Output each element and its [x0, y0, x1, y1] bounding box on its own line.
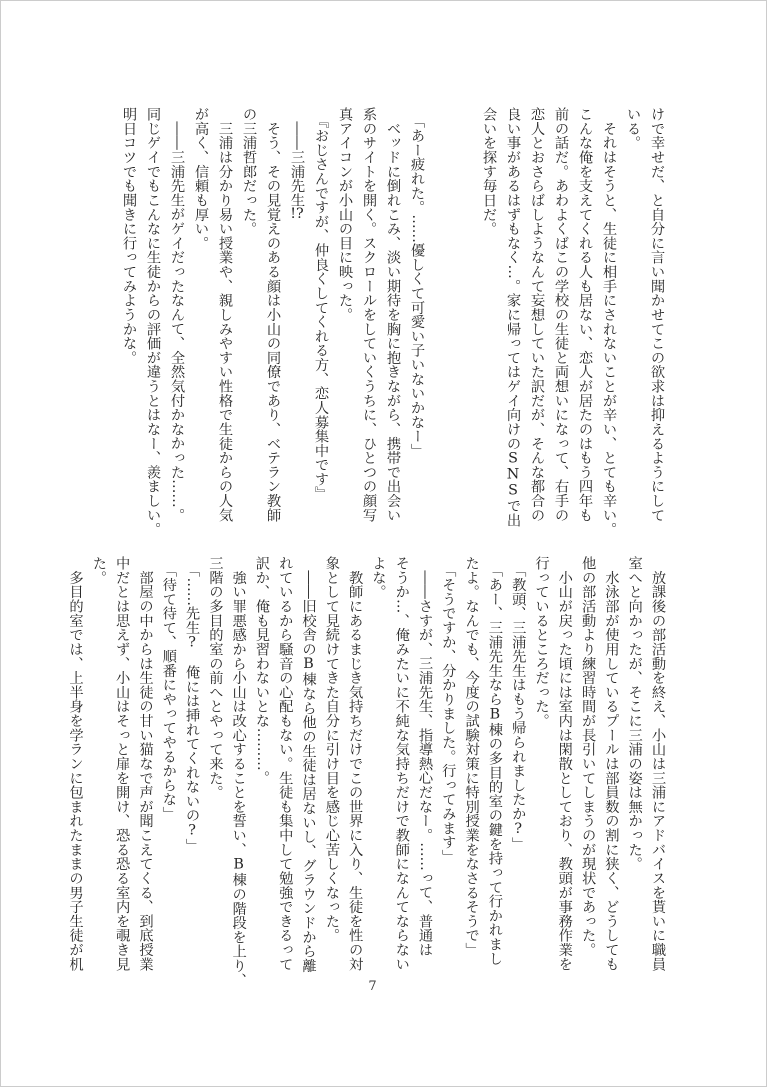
text-line: よな。 [366, 556, 389, 987]
text-line: たよ。なんでも、今度の試験対策に特別授業をなさるそうで」 [459, 556, 482, 987]
text-line: 部屋の中からは生徒の甘い猫なで声が聞こえてくる、到底授業 [133, 556, 156, 987]
text-line: 小山が戻った頃には室内は閑散としており、教頭が事務作業を [553, 556, 576, 987]
text-line: 放課後の部活動を終え、小山は三浦にアドバイスを貰いに職員 [646, 556, 669, 987]
text-line: 室へと向かったが、そこに三浦の姿は無かった。 [622, 556, 645, 987]
text-line: 明日コツでも聞きに行ってみようかな。 [117, 107, 141, 536]
text-block-top: けで幸せだ、と自分に言い聞かせてこの欲求は抑えるようにしている。 それはそうと、… [117, 107, 669, 536]
text-line: そう、その見覚えのある顔は小山の同僚であり、ベテラン教師 [261, 107, 285, 536]
text-line: 三浦は分かり易い授業や、親しみやすい性格で生徒からの人気 [213, 107, 237, 536]
text-block-bottom: 放課後の部活動を終え、小山は三浦にアドバイスを貰いに職員室へと向かったが、そこに… [63, 556, 669, 987]
text-line: そうか…、俺みたいに不純な気持ちだけで教師になんてならない [389, 556, 412, 987]
text-line: ――旧校舎のB棟なら他の生徒は居ないし、グラウンドから離 [296, 556, 319, 987]
text-line: 「……先生? 俺には挿れてくれないの?」 [180, 556, 203, 987]
text-line: 真アイコンが小山の目に映った。 [333, 107, 357, 536]
text-line: 三階の多目的室の前へとやって来た。 [203, 556, 226, 987]
text-line: それはそうと、生徒に相手にされないことが辛い、とても辛い。 [597, 107, 621, 536]
text-line: 象として見続けてきた自分に引け目を感じ心苦しくなった。 [320, 556, 343, 987]
text-line: 他の部活動より練習時間が長引いてしまうのが現状であった。 [576, 556, 599, 987]
text-line: 水泳部が使用しているプールは部員数の割に狭く、どうしても [599, 556, 622, 987]
page-number: 7 [0, 979, 745, 994]
text-line: 同じゲイでもこんなに生徒からの評価が違うとはなー、羨ましい。 [141, 107, 165, 536]
text-line: こんな俺を支えてくれる人も居ない、恋人が居たのはもう四年も [573, 107, 597, 536]
text-line: いる。 [621, 107, 645, 536]
text-line: た。 [87, 556, 110, 987]
text-line: が高く、信頼も厚い。 [189, 107, 213, 536]
text-line: ――さすが、三浦先生、指導熱心だなー。……って、普通は [413, 556, 436, 987]
text-line: 恋人とおさらばしようなんて妄想していた訳だが、そんな都合の [525, 107, 549, 536]
text-line: 「教頭、三浦先生はもう帰られましたか?」 [506, 556, 529, 987]
text-line: 強い罪悪感から小山は改心することを誓い、B棟の階段を上り、 [226, 556, 249, 987]
text-line: 前の話だ。あわよくばこの学校の生徒と両想いになって、右手の [549, 107, 573, 536]
novel-page: けで幸せだ、と自分に言い聞かせてこの欲求は抑えるようにしている。 それはそうと、… [0, 0, 767, 1087]
text-line: 教師にあるまじき気持ちだけでこの世界に入り、生徒を性の対 [343, 556, 366, 987]
text-line: 『おじさんですが、仲良くしてくれる方、恋人募集中です』 [309, 107, 333, 536]
text-line: 「そうですか、分かりました。行ってみます」 [436, 556, 459, 987]
text-line: 行っているところだった。 [529, 556, 552, 987]
text-line: 会いを探す毎日だ。 [477, 107, 501, 536]
text-line: ――三浦先生!? [285, 107, 309, 536]
text-line: 中だとは思えず、小山はそっと扉を開け、恐る恐る室内を覗き見 [110, 556, 133, 987]
text-line: 「あー、三浦先生ならB棟の多目的室の鍵を持って行かれまし [483, 556, 506, 987]
text-line: ベッドに倒れこみ、淡い期待を胸に抱きながら、携帯で出会い [381, 107, 405, 536]
text-line: 良い事があるはずもなく…。家に帰ってはゲイ向けのSNSで出 [501, 107, 525, 536]
text-line: 「あー疲れた。……優しくて可愛い子いないかなー」 [405, 107, 429, 536]
text-line: 多目的室では、上半身を学ランに包まれたままの男子生徒が机 [63, 556, 86, 987]
text-line: ――三浦先生がゲイだったなんて、全然気付かなかった……。 [165, 107, 189, 536]
text-line: 訳か、俺も見習わないとな………。 [250, 556, 273, 987]
text-line: 「待て待て、順番にやってやるからな」 [156, 556, 179, 987]
text-line: の三浦哲郎だった。 [237, 107, 261, 536]
text-line [453, 107, 477, 536]
text-line: けで幸せだ、と自分に言い聞かせてこの欲求は抑えるようにして [645, 107, 669, 536]
text-line: れているから騒音の心配もない。生徒も集中して勉強できるって [273, 556, 296, 987]
text-line: 系のサイトを開く。スクロールをしていくうちに、ひとつの顔写 [357, 107, 381, 536]
text-line [429, 107, 453, 536]
